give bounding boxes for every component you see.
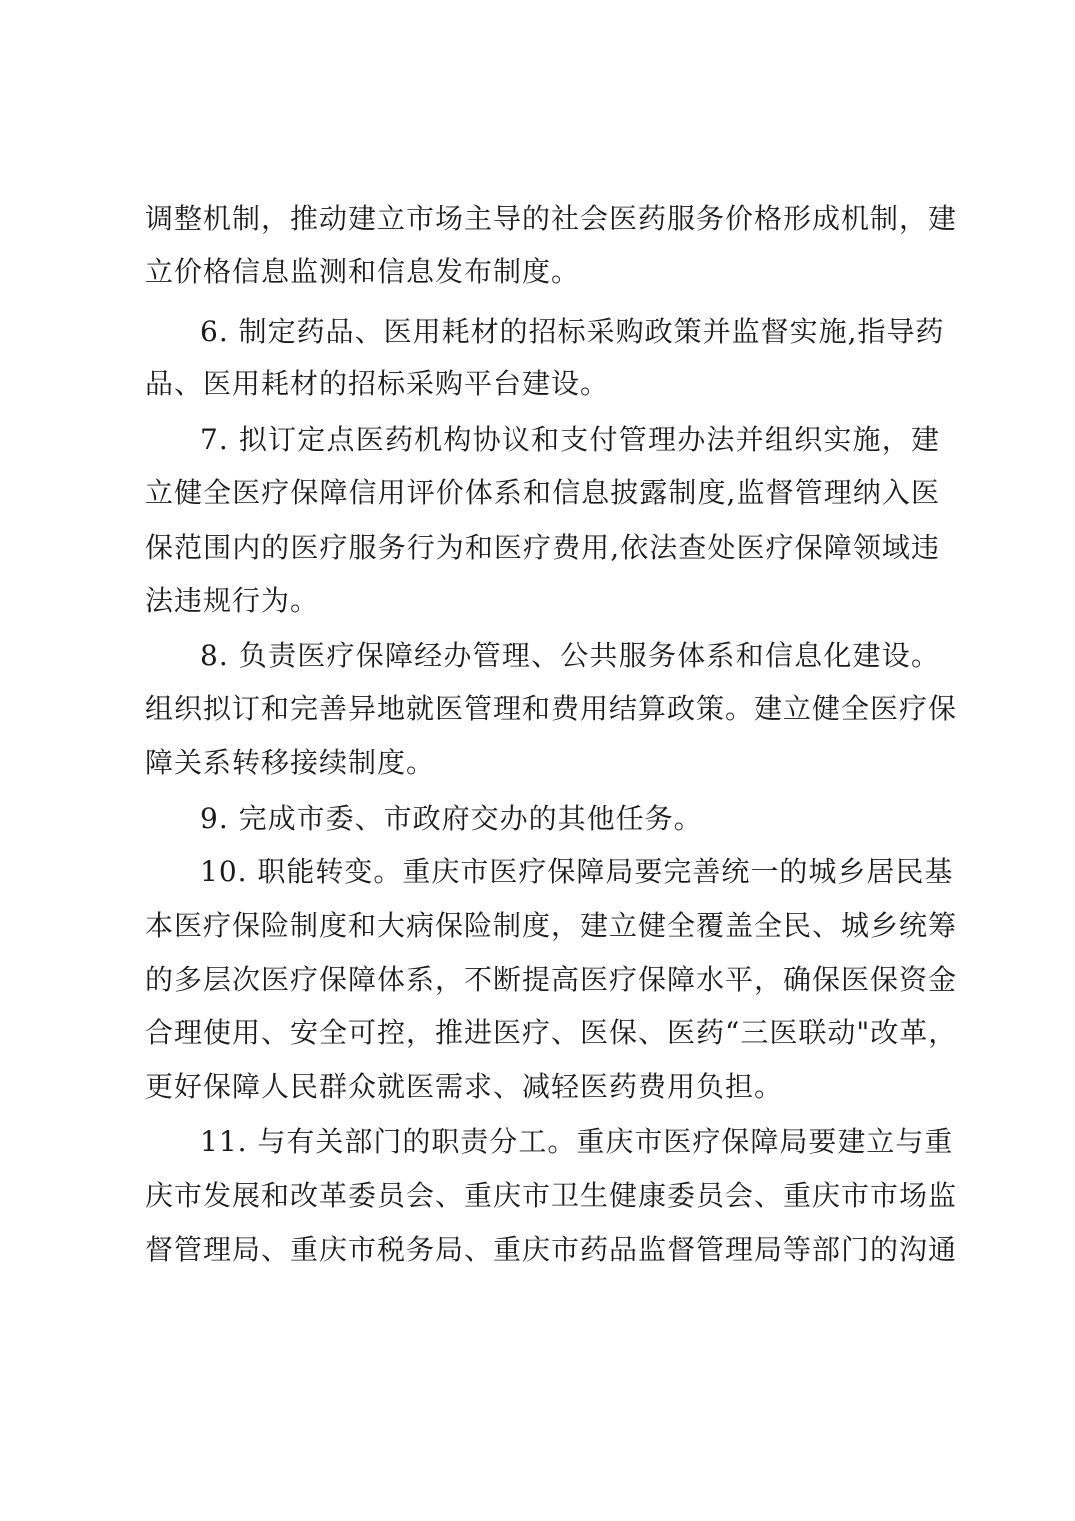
text-line: 障关系转移接续制度。 (145, 743, 940, 783)
text-line: 本医疗保险制度和大病保险制度，建立健全覆盖全民、城乡统筹 (145, 906, 940, 946)
text-line: 的多层次医疗保障体系，不断提高医疗保障水平，确保医保资金 (145, 960, 940, 1000)
text-line: 8. 负责医疗保障经办管理、公共服务体系和信息化建设。 (200, 636, 940, 676)
text-line: 更好保障人民群众就医需求、减轻医药费用负担。 (145, 1067, 940, 1107)
text-line: 合理使用、安全可控，推进医疗、医保、医药“三医联动"改革， (145, 1013, 940, 1053)
text-line: 组织拟订和完善异地就医管理和费用结算政策。建立健全医疗保 (145, 689, 940, 729)
text-line: 立健全医疗保障信用评价体系和信息披露制度,监督管理纳入医 (145, 473, 940, 513)
text-line: 7. 拟订定点医药机构协议和支付管理办法并组织实施，建 (200, 420, 940, 460)
text-line: 庆市发展和改革委员会、重庆市卫生健康委员会、重庆市市场监 (145, 1176, 940, 1216)
text-line: 保范围内的医疗服务行为和医疗费用,依法查处医疗保障领域违 (145, 528, 940, 568)
text-line: 11. 与有关部门的职责分工。重庆市医疗保障局要建立与重 (200, 1122, 940, 1162)
text-line: 督管理局、重庆市税务局、重庆市药品监督管理局等部门的沟通 (145, 1230, 940, 1270)
text-line: 立价格信息监测和信息发布制度。 (145, 252, 940, 292)
text-line: 调整机制，推动建立市场主导的社会医药服务价格形成机制，建 (145, 199, 940, 239)
text-line: 品、医用耗材的招标采购平台建设。 (145, 364, 940, 404)
document-page: 调整机制，推动建立市场主导的社会医药服务价格形成机制，建 立价格信息监测和信息发… (0, 0, 1075, 1521)
text-line: 10. 职能转变。重庆市医疗保障局要完善统一的城乡居民基 (200, 852, 940, 892)
text-line: 法违规行为。 (145, 581, 940, 621)
text-line: 9. 完成市委、市政府交办的其他任务。 (200, 799, 940, 839)
text-line: 6. 制定药品、医用耗材的招标采购政策并监督实施,指导药 (200, 312, 940, 352)
